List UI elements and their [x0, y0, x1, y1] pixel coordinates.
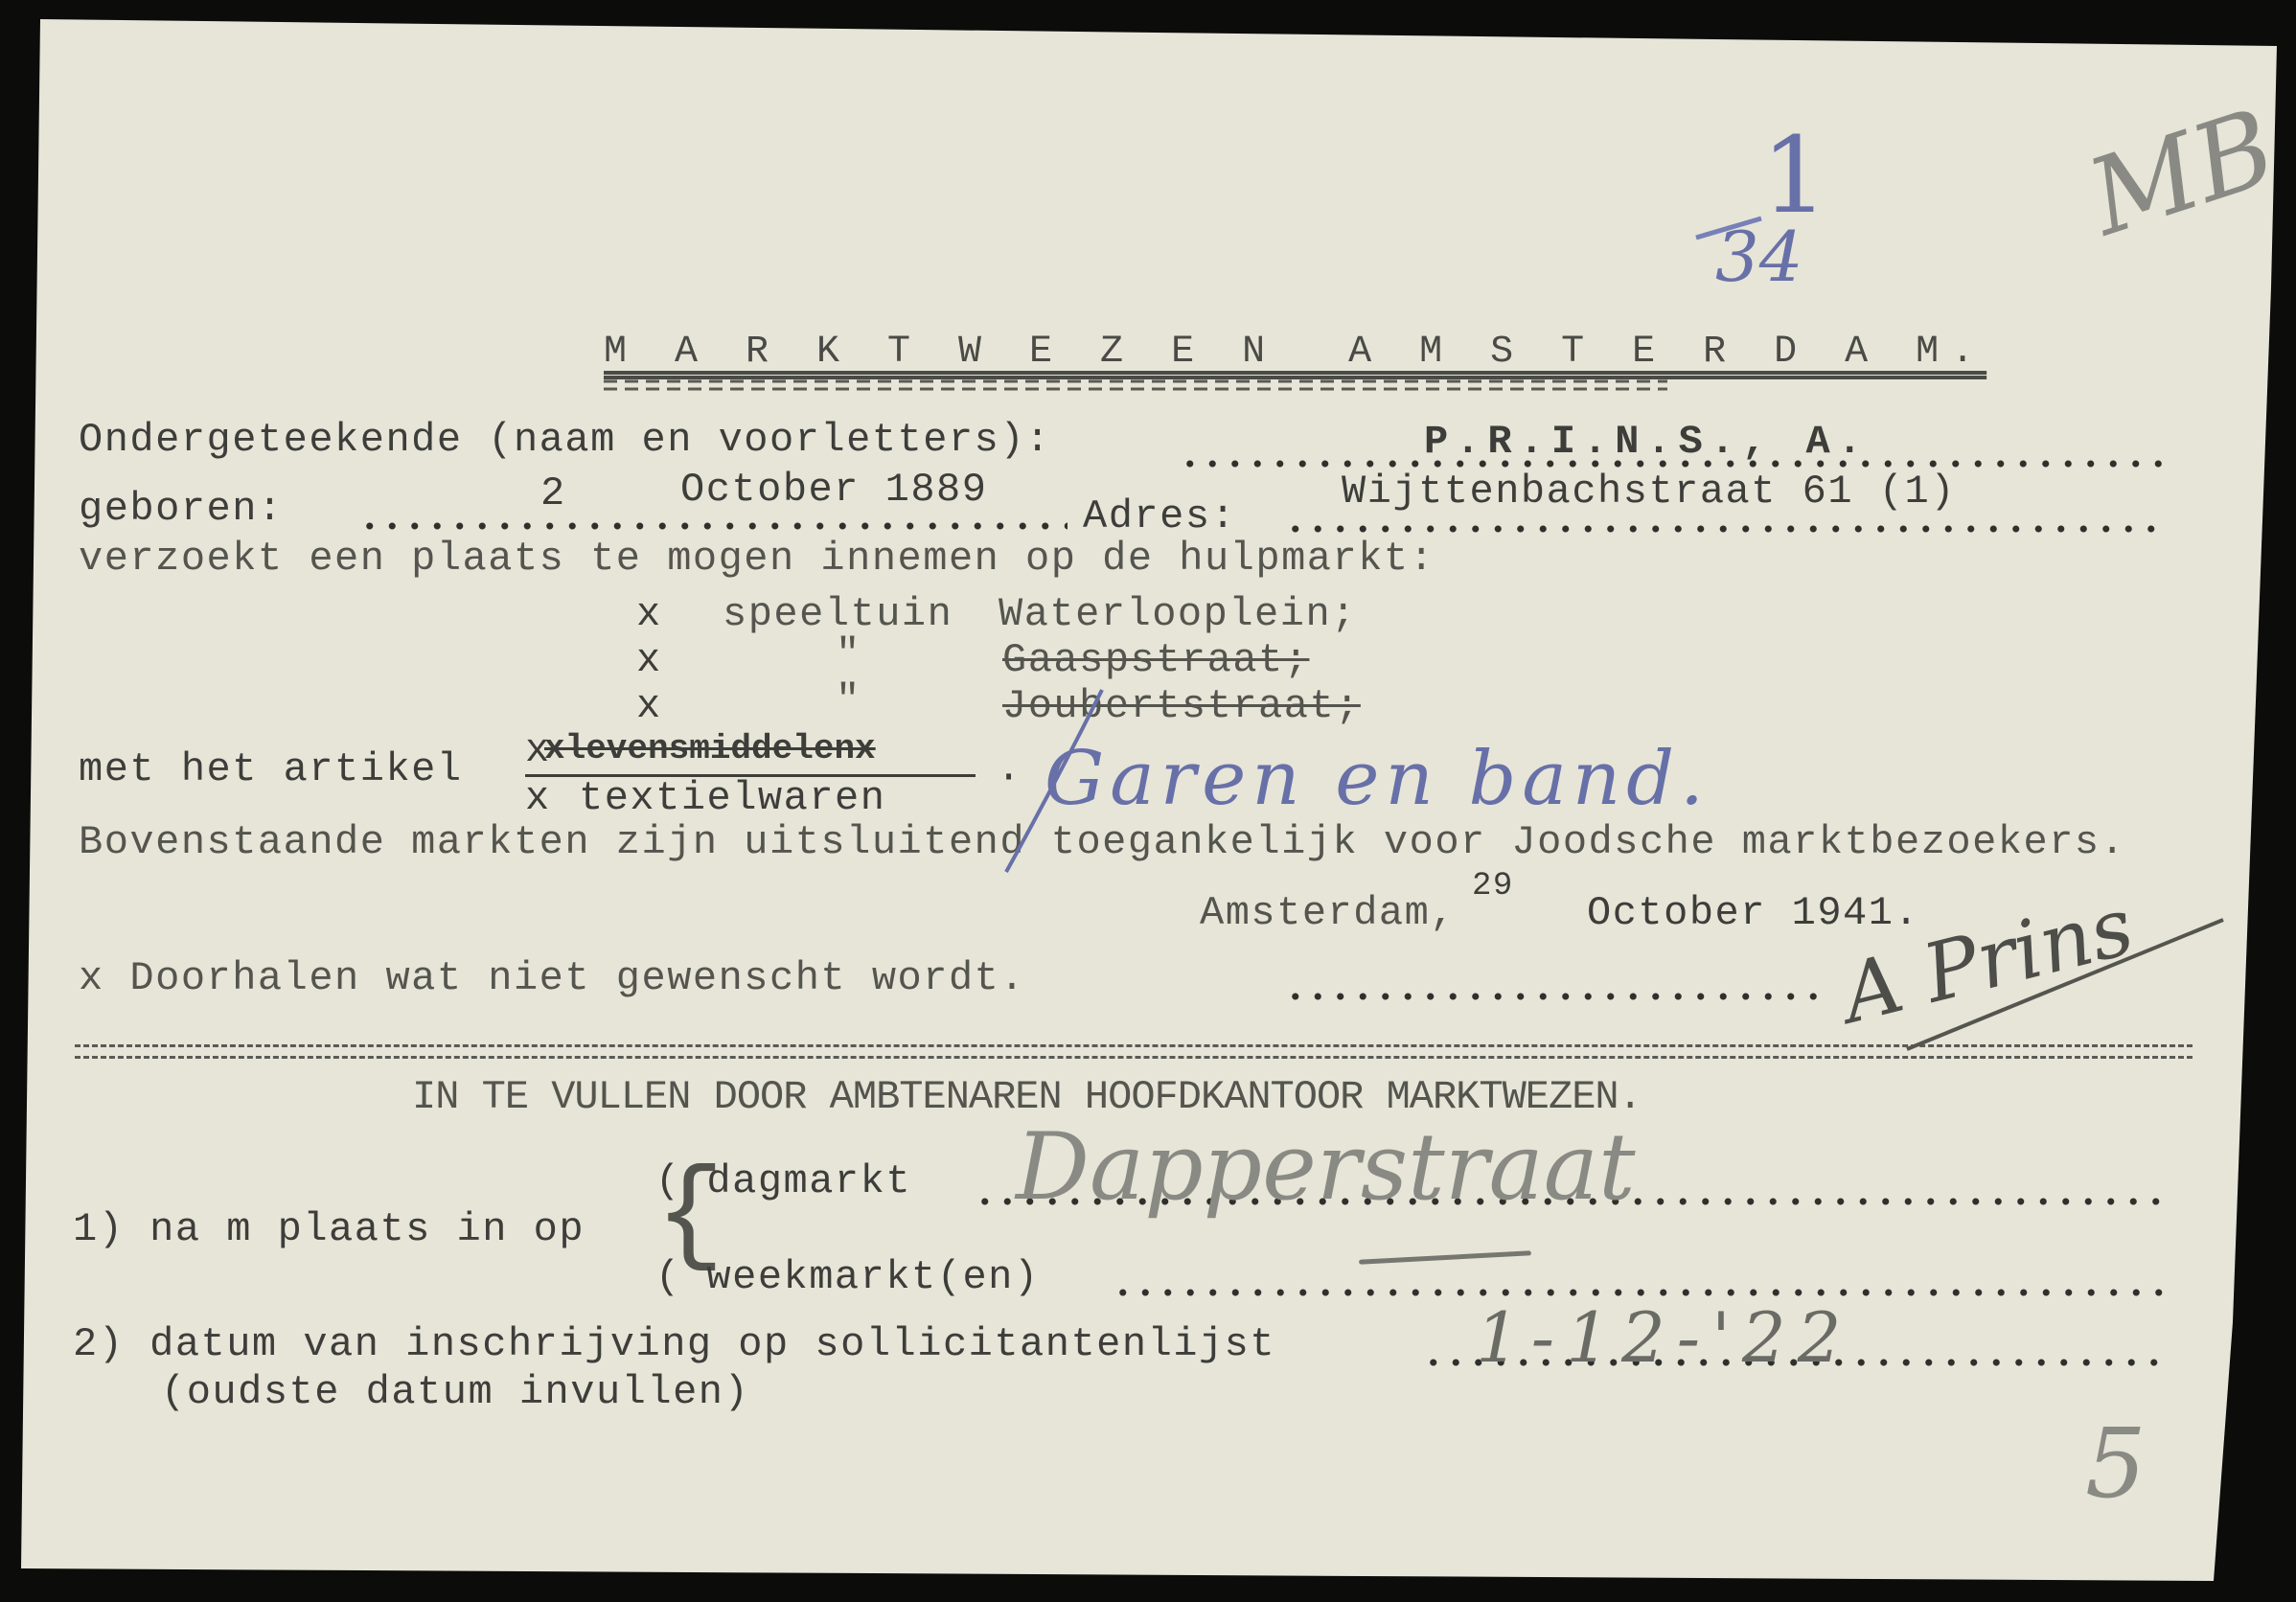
- article-option-marker: x: [525, 778, 551, 818]
- address-label: Adres:: [1083, 496, 1236, 537]
- market-option-prefix: ": [836, 680, 861, 721]
- weekmarkt-label: ( weekmarkt(en): [655, 1257, 1040, 1297]
- official-item2-sub: (oudste datum invullen): [161, 1372, 749, 1412]
- article-label: met het artikel: [79, 749, 463, 790]
- birth-day: 2: [540, 473, 566, 514]
- name-label: Ondergeteekende (naam en voorletters):: [79, 420, 1051, 460]
- place: Amsterdam,: [1200, 893, 1456, 933]
- article-period: ·: [997, 757, 1022, 797]
- notice-text: Bovenstaande markten zijn uitsluitend to…: [79, 822, 2125, 862]
- name-value: P.R.I.N.S., A.: [1424, 422, 1870, 462]
- address-dotted-line: [1284, 525, 2166, 533]
- date-month-year: October 1941.: [1587, 893, 1919, 933]
- article-option-struck: xlevensmiddelenx: [544, 732, 876, 767]
- official-item2-label: 2) datum van inschrijving op sollicitant…: [73, 1324, 1275, 1364]
- item2-value: 1-12-'22: [1476, 1303, 1853, 1372]
- page-number: 5: [2085, 1416, 2147, 1512]
- birth-value: October 1889: [680, 469, 987, 510]
- title-double-underline: [604, 381, 1667, 389]
- section-separator: [75, 1044, 2193, 1059]
- weekmarkt-dotted-line: [1112, 1289, 2171, 1296]
- weekmarkt-value-dash: [1359, 1250, 1531, 1264]
- document-paper: 1 34 MB M A R K T W E Z E N A M S T E R …: [0, 0, 2296, 1602]
- market-option-marker: x: [636, 640, 662, 680]
- official-item1-label: 1) na m plaats in op: [73, 1209, 585, 1249]
- handwritten-initials: MB: [2078, 94, 2286, 251]
- article-handwritten: Garen en band.: [1045, 742, 1710, 816]
- market-option-name: Waterlooplein;: [999, 594, 1357, 634]
- market-option-prefix: ": [836, 634, 861, 675]
- page-title: M A R K T W E Z E N A M S T E R D A M.: [604, 333, 1986, 372]
- folio-number-top: 1: [1761, 123, 1828, 228]
- market-option-name-struck: Gaaspstraat;: [1002, 640, 1309, 680]
- signature-dotted-line: [1284, 993, 1821, 1000]
- footnote: x Doorhalen wat niet gewenscht wordt.: [79, 958, 1025, 998]
- birth-label: geboren:: [79, 489, 284, 529]
- date-day: 29: [1472, 870, 1514, 903]
- birth-dotted-line: [358, 522, 1068, 530]
- folio-number-bottom: 34: [1715, 222, 1803, 291]
- market-option-marker: x: [636, 686, 662, 726]
- address-value: Wijttenbachstraat 61 (1): [1342, 471, 1956, 512]
- market-option-prefix: speeltuin: [723, 594, 953, 634]
- article-option-label: textielwaren: [579, 778, 885, 818]
- market-option-name-struck: Joubertstraat;: [1002, 686, 1361, 726]
- official-heading: IN TE VULLEN DOOR AMBTENAREN HOOFDKANTOO…: [412, 1077, 1642, 1117]
- market-option-marker: x: [636, 594, 662, 634]
- dagmarkt-label: ( dagmarkt: [655, 1161, 911, 1201]
- request-intro: verzoekt een plaats te mogen innemen op …: [79, 538, 1435, 579]
- dagmarkt-value: Dapperstraat: [1016, 1121, 1636, 1213]
